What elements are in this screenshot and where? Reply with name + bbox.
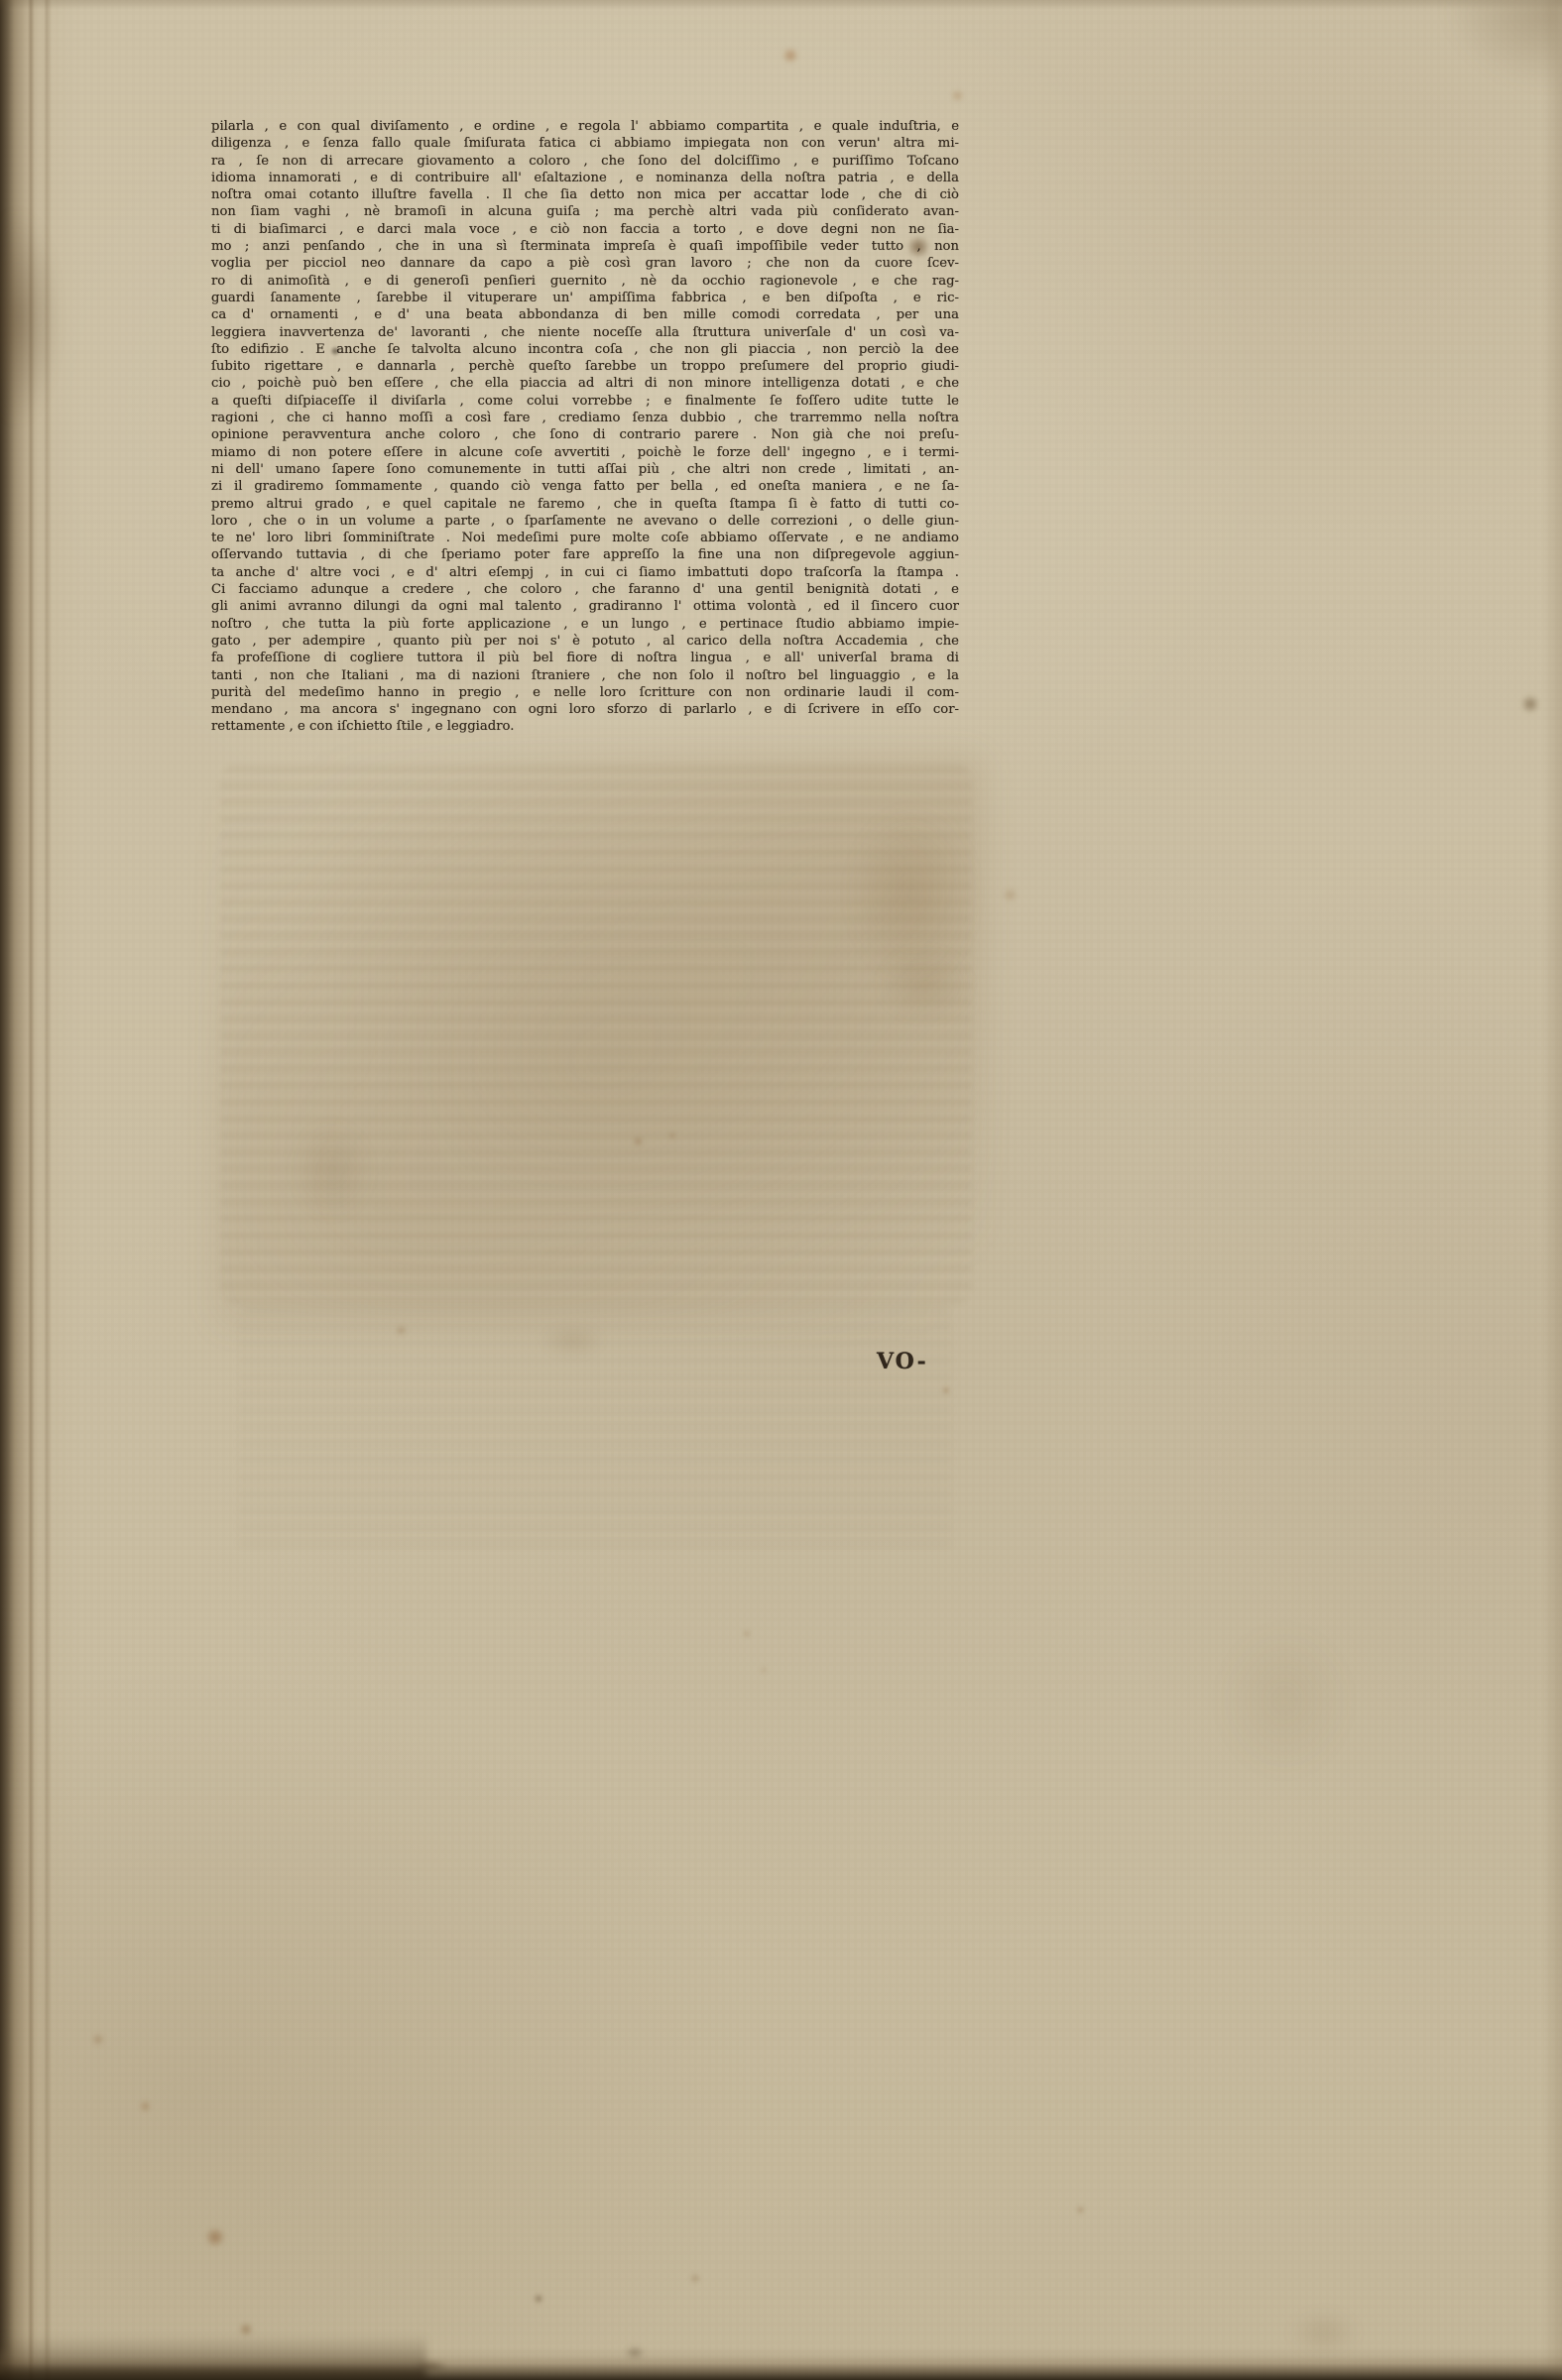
- stain: [942, 1386, 950, 1394]
- stain: [1002, 888, 1019, 902]
- stain: [668, 1131, 676, 1139]
- text-line: te ne' loro libri ſomminiſtrate . Noi me…: [211, 530, 959, 546]
- text-line: opinione peravventura anche coloro , che…: [211, 426, 959, 443]
- page-bottom-edge-wedge: [0, 2334, 426, 2380]
- text-line: mo ; anzi penſando , che in una sì ſterm…: [211, 238, 959, 255]
- text-line: miamo di non potere eſſere in alcune coſ…: [211, 444, 959, 461]
- text-line: ni dell' umano ſapere ſono comunemente i…: [211, 461, 959, 478]
- text-line: gato , per adempire , quanto più per noi…: [211, 633, 959, 650]
- text-line: ca d' ornamenti , e d' una beata abbonda…: [211, 306, 959, 323]
- text-line: mendano , ma ancora s' ingegnano con ogn…: [211, 701, 959, 718]
- text-line: tanti , non che Italiani , ma di nazioni…: [211, 667, 959, 684]
- stain: [1521, 694, 1539, 714]
- text-line: rettamente , e con iſchietto ſtile , e l…: [211, 718, 959, 735]
- text-line: premo altrui grado , e quel capitale ne …: [211, 496, 959, 513]
- stain: [950, 89, 965, 102]
- text-line: ſubito rigettare , e dannarla , perchè q…: [211, 358, 959, 375]
- text-line: ta anche d' altre voci , e d' altri eſem…: [211, 564, 959, 581]
- text-line: oſſervando tuttavia , di che ſperiamo po…: [211, 546, 959, 563]
- text-line: a queſti diſpiaceſſe il diviſarla , come…: [211, 393, 959, 410]
- text-line: loro , che o in un volume a parte , o ſp…: [211, 513, 959, 530]
- scanned-book-page: { "colors": { "paper": "#ccc0a5", "ink":…: [0, 0, 1562, 2380]
- text-line: guardi ſanamente , ſarebbe il vituperare…: [211, 290, 959, 306]
- stain: [781, 48, 799, 63]
- stain: [139, 2100, 152, 2112]
- text-line: cio , poichè può ben eſſere , che ella p…: [211, 375, 959, 392]
- stain: [293, 1121, 372, 1220]
- text-line: ro di animoſità , e di generoſi penſieri…: [211, 273, 959, 290]
- text-line: noſtra omai cotanto illuſtre favella . I…: [211, 186, 959, 203]
- text-line: purità del medeſimo hanno in pregio , e …: [211, 684, 959, 701]
- text-line: ſto edifizio . E anche ſe talvolta alcun…: [211, 341, 959, 358]
- text-line: Ci facciamo adunque a credere , che colo…: [211, 581, 959, 598]
- text-line: leggiera inavvertenza de' lavoranti , ch…: [211, 324, 959, 341]
- stain: [878, 947, 972, 1021]
- text-line: zi il gradiremo ſommamente , quando ciò …: [211, 478, 959, 495]
- text-line: non ſiam vaghi , nè bramoſi in alcuna gu…: [211, 203, 959, 220]
- stain: [633, 1136, 644, 1146]
- catchword: VO-: [877, 1349, 928, 1374]
- text-paragraph: pilarla , e con qual diviſamento , e ord…: [211, 118, 959, 736]
- stain: [204, 2227, 226, 2247]
- text-line: fa profeſſione di cogliere tuttora il pi…: [211, 650, 959, 666]
- text-line: ti di biaſimarci , e darci mala voce , e…: [211, 221, 959, 238]
- stain: [534, 2294, 543, 2304]
- text-line: voglia per picciol neo dannare da capo a…: [211, 255, 959, 272]
- text-line: pilarla , e con qual diviſamento , e ord…: [211, 118, 959, 135]
- stain: [1076, 2205, 1085, 2214]
- stain: [689, 2273, 701, 2284]
- page-top-right-corner-shadow: [1443, 0, 1562, 89]
- text-line: idioma innamorati , e di contribuire all…: [211, 170, 959, 186]
- page-right-edge: [1542, 0, 1562, 2380]
- text-line: noſtro , che tutta la più forte applicaz…: [211, 616, 959, 633]
- stain: [91, 2033, 105, 2046]
- stain: [760, 1666, 768, 1674]
- stain: [395, 1325, 408, 1336]
- page-top-edge: [0, 0, 1562, 10]
- text-line: diligenza , e ſenza fallo quale ſmiſurat…: [211, 135, 959, 152]
- stain: [541, 1324, 605, 1358]
- stain: [742, 1629, 752, 1638]
- text-line: gli animi avranno dilungi da ogni mal ta…: [211, 598, 959, 615]
- stain: [1220, 1626, 1349, 1775]
- binding-edge-blotch: [0, 208, 60, 426]
- text-line: ragioni , che ci hanno moſſi a così fare…: [211, 410, 959, 426]
- text-line: ra , ſe non di arrecare giovamento a col…: [211, 153, 959, 170]
